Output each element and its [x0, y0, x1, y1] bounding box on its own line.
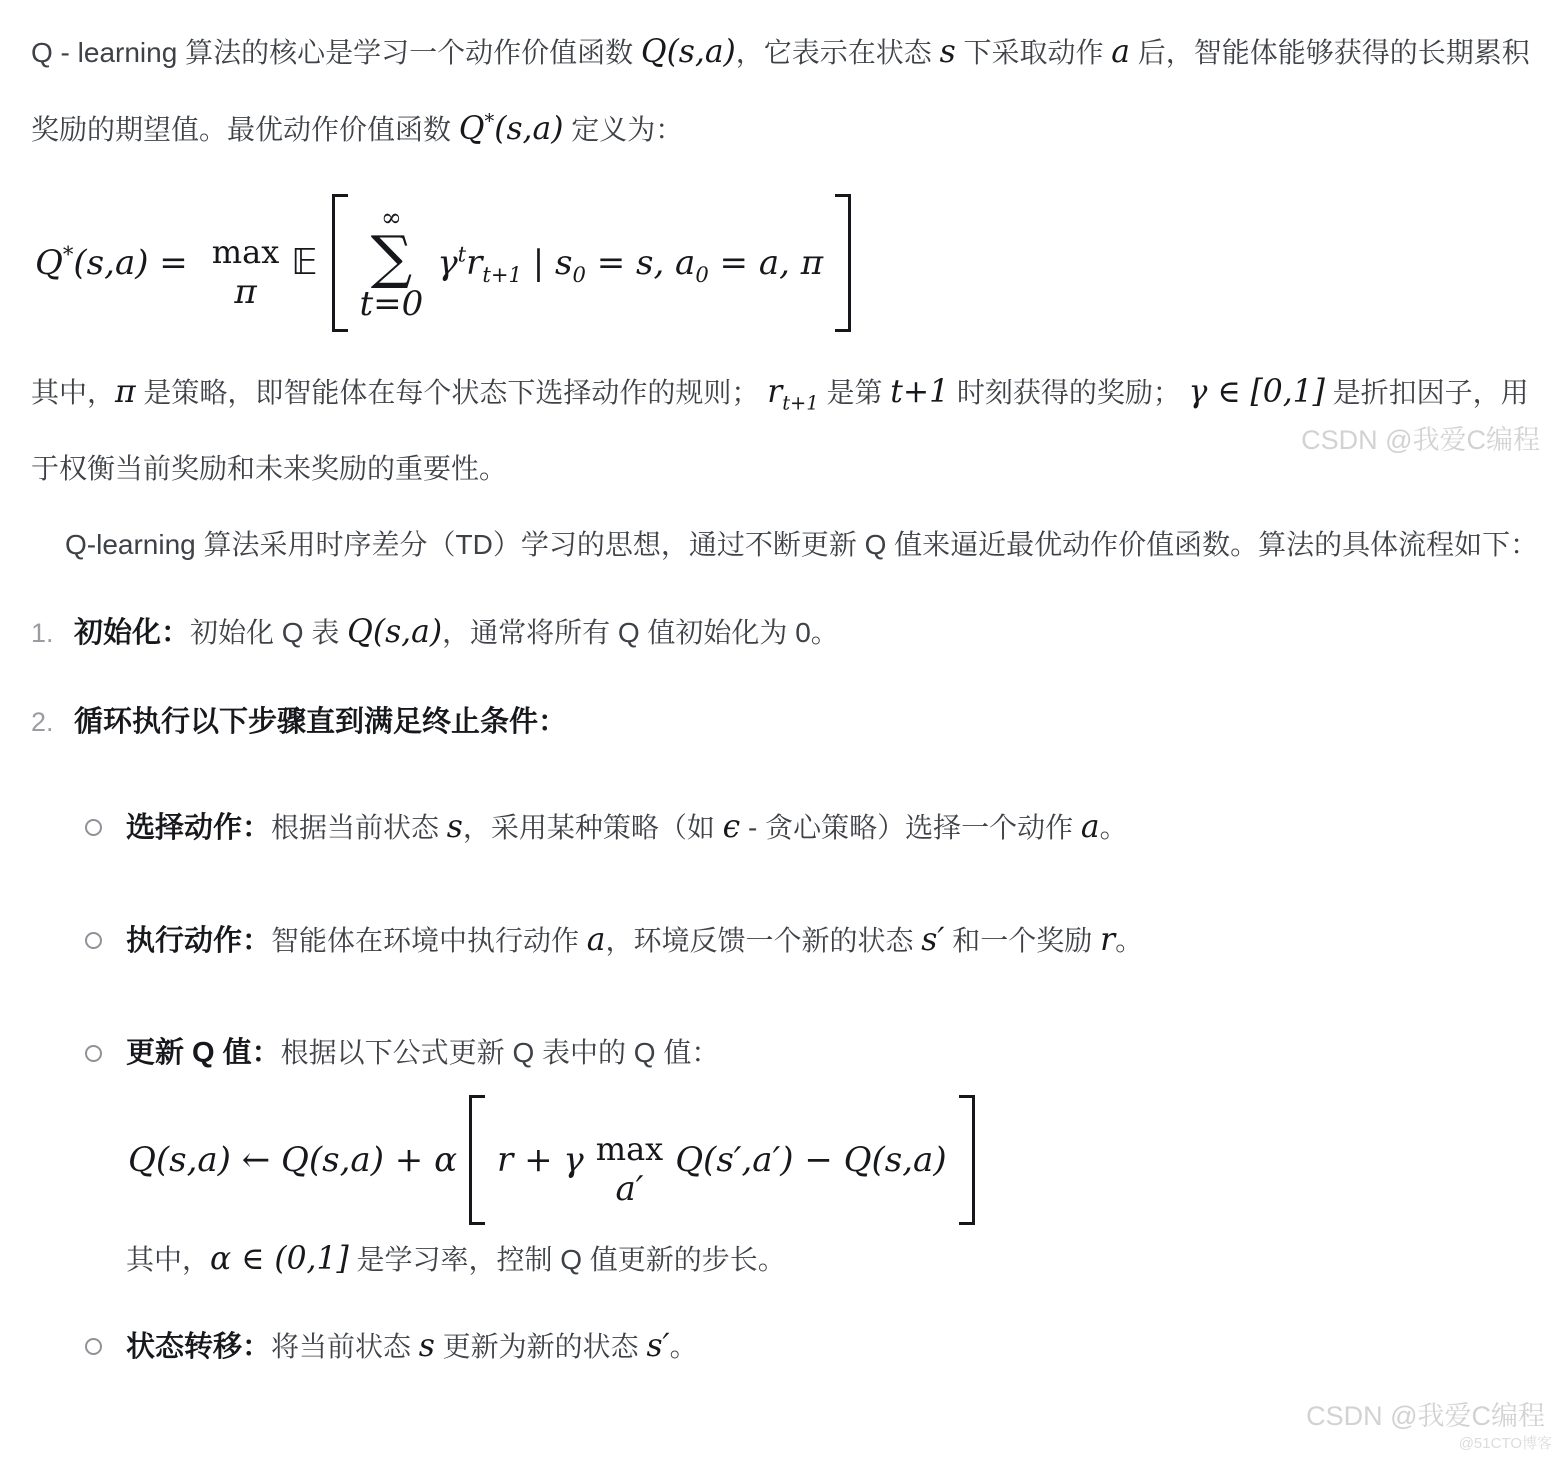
article-content: Q - learning 算法的核心是学习一个动作价值函数 Q(s,a)，它表示…	[0, 0, 1563, 1385]
right-bracket-icon	[835, 194, 851, 332]
circle-bullet-icon	[85, 1045, 102, 1062]
right-bracket-icon	[959, 1095, 975, 1225]
summation-symbol: ∞ ∑ t=0	[360, 205, 424, 321]
article-page: { "paragraphs": { "p1": [ {"t":"x","v":"…	[0, 0, 1563, 1457]
csdn-watermark: CSDN @我爱C编程	[1306, 1394, 1545, 1433]
csdn-watermark: CSDN @我爱C编程	[1301, 418, 1540, 457]
expectation-symbol: 𝔼	[291, 245, 317, 281]
max-over-a-prime: max a′	[596, 1133, 663, 1206]
substep-update-q: 更新 Q 值：根据以下公式更新 Q 表中的 Q 值： Q(s,a) ← Q(s,…	[31, 1015, 1543, 1284]
51cto-watermark: @51CTO博客	[1459, 1432, 1552, 1453]
optimal-q-value-formula: Q*(s,a) = max π 𝔼 ∞ ∑ t=0 γtrt+1 | s0 = …	[35, 194, 1543, 332]
left-bracket-icon	[332, 194, 348, 332]
step-title: 循环执行以下步骤直到满足终止条件：	[74, 706, 567, 738]
substep-title: 执行动作：	[126, 925, 271, 957]
formula-lhs: Q(s,a) ← Q(s,a) + α	[128, 1143, 457, 1177]
formula-lhs: Q*(s,a) =	[35, 246, 188, 280]
loop-substeps-list: 选择动作：根据当前状态 s，采用某种策略（如 ϵ - 贪心策略）选择一个动作 a…	[31, 789, 1543, 1385]
left-bracket-icon	[469, 1095, 485, 1225]
substep-title: 选择动作：	[126, 812, 271, 844]
step-text: 初始化 Q 表 Q(s,a)，通常将所有 Q 值初始化为 0。	[190, 617, 839, 648]
max-over-pi: max π	[212, 236, 279, 309]
q-update-formula: Q(s,a) ← Q(s,a) + α r + γ max a′ Q(s′,a′…	[128, 1095, 1543, 1225]
td-learning-paragraph: Q-learning 算法采用时序差分（TD）学习的思想，通过不断更新 Q 值来…	[3, 521, 1543, 568]
circle-bullet-icon	[85, 1338, 102, 1355]
substep-title: 更新 Q 值：	[126, 1037, 281, 1069]
bracketed-expression: ∞ ∑ t=0 γtrt+1 | s0 = s, a0 = a, π	[332, 194, 852, 332]
learning-rate-note: 其中，α ∈ (0,1] 是学习率，控制 Q 值更新的步长。	[126, 1235, 1543, 1284]
algorithm-steps-list: 1. 初始化：初始化 Q 表 Q(s,a)，通常将所有 Q 值初始化为 0。 2…	[31, 594, 1543, 1385]
substep-text: 根据当前状态 s，采用某种策略（如 ϵ - 贪心策略）选择一个动作 a。	[271, 812, 1128, 843]
circle-bullet-icon	[85, 819, 102, 836]
step-initialize: 1. 初始化：初始化 Q 表 Q(s,a)，通常将所有 Q 值初始化为 0。	[31, 594, 1543, 671]
substep-execute-action: 执行动作：智能体在环境中执行动作 a，环境反馈一个新的状态 s′ 和一个奖励 r…	[31, 902, 1543, 979]
list-number: 2.	[31, 697, 74, 747]
substep-title: 状态转移：	[126, 1331, 271, 1363]
substep-text: 根据以下公式更新 Q 表中的 Q 值：	[281, 1037, 720, 1068]
list-number: 1.	[31, 595, 74, 671]
circle-bullet-icon	[85, 932, 102, 949]
substep-select-action: 选择动作：根据当前状态 s，采用某种策略（如 ϵ - 贪心策略）选择一个动作 a…	[31, 789, 1543, 866]
step-loop: 2. 循环执行以下步骤直到满足终止条件：	[31, 697, 1543, 747]
bracketed-expression: r + γ max a′ Q(s′,a′) − Q(s,a)	[469, 1095, 975, 1225]
substep-state-transition: 状态转移：将当前状态 s 更新为新的状态 s′。	[31, 1308, 1543, 1385]
substep-text: 将当前状态 s 更新为新的状态 s′。	[271, 1331, 698, 1362]
intro-paragraph: Q - learning 算法的核心是学习一个动作价值函数 Q(s,a)，它表示…	[31, 14, 1543, 168]
substep-text: 智能体在环境中执行动作 a，环境反馈一个新的状态 s′ 和一个奖励 r。	[271, 925, 1143, 956]
formula-body: γtrt+1 | s0 = s, a0 = a, π	[437, 246, 823, 280]
step-title: 初始化：	[74, 617, 190, 649]
